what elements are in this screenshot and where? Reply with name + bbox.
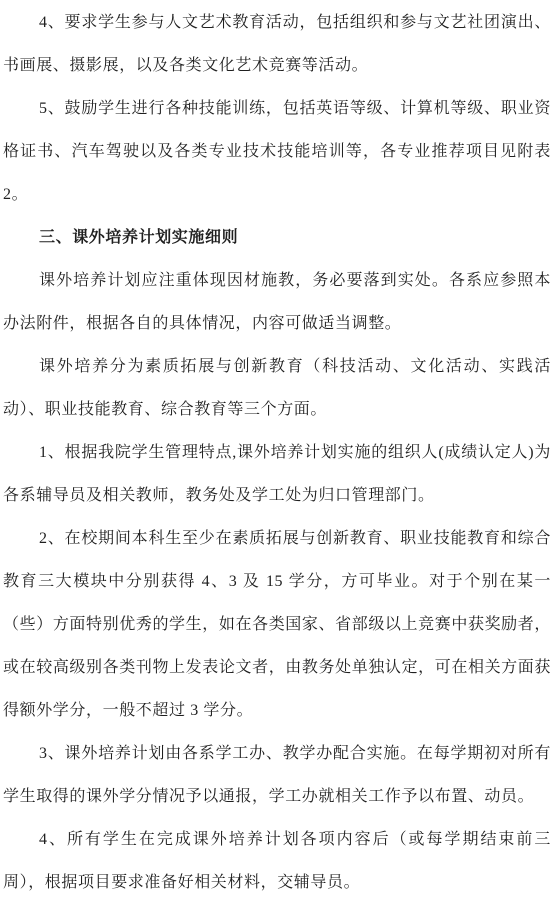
paragraph-item-4: 4、要求学生参与人文艺术教育活动，包括组织和参与文艺社团演出、书画展、摄影展，以… [3, 1, 551, 87]
paragraph-rule-1: 1、根据我院学生管理特点,课外培养计划实施的组织人(成绩认定人)为各系辅导员及相… [3, 431, 551, 517]
paragraph-rule-3: 3、课外培养计划由各系学工办、教学办配合实施。在每学期初对所有学生取得的课外学分… [3, 732, 551, 818]
paragraph-modules: 课外培养分为素质拓展与创新教育（科技活动、文化活动、实践活动）、职业技能教育、综… [3, 345, 551, 431]
document-page: 4、要求学生参与人文艺术教育活动，包括组织和参与文艺社团演出、书画展、摄影展，以… [0, 0, 554, 915]
section-heading: 三、课外培养计划实施细则 [3, 216, 551, 259]
paragraph-item-5: 5、鼓励学生进行各种技能训练，包括英语等级、计算机等级、职业资格证书、汽车驾驶以… [3, 87, 551, 216]
paragraph-rule-2: 2、在校期间本科生至少在素质拓展与创新教育、职业技能教育和综合教育三大模块中分别… [3, 517, 551, 732]
paragraph-rule-4: 4、所有学生在完成课外培养计划各项内容后（或每学期结束前三周），根据项目要求准备… [3, 818, 551, 904]
paragraph-intro: 课外培养计划应注重体现因材施教，务必要落到实处。各系应参照本办法附件，根据各自的… [3, 259, 551, 345]
